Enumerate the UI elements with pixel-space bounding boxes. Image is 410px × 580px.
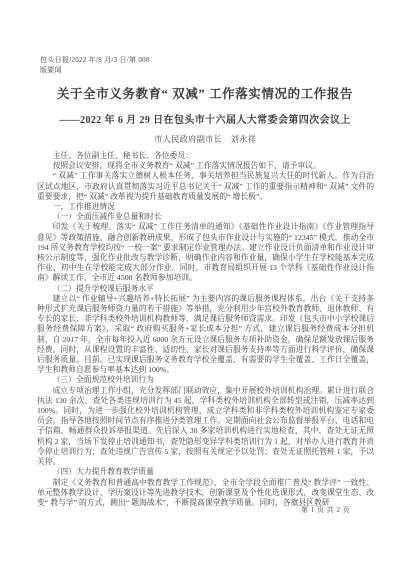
paragraph-heading2: （一）全面压减作业总量和时长 [37,212,374,222]
masthead: 包头日报/2022 年/8 月/3 日/第 008 版要闻 [40,56,150,75]
paragraph-heading1: 一、工作推进情况 [37,202,374,212]
paragraph-salutation: 主任、各位副主任、秘书长、各位委员： [37,151,374,161]
paragraph-heading2: （四）大力提升教育教学质量 [37,467,374,477]
paragraph: 制定《义务教育和普通高中教育教学工作规范》，全市全学段全面推广普及“ 教学评” … [37,478,374,509]
page-number-indicator: 第 1 页 共 2 页 [301,505,350,515]
document-page: 包头日报/2022 年/8 月/3 日/第 008 版要闻 关于全市义务教育“ … [0,0,410,580]
paragraph: 印发《关于梳理、落实“ 双减” 工作任务清单的通知》《基础性作业设计指南》《作业… [37,222,374,283]
document-body: 主任、各位副主任、秘书长、各位委员：按照会议安排，现将全市义务教育“ 双减” 工… [37,151,374,508]
paragraph-heading2: （二）提升学校课后服务水平 [37,284,374,294]
document-subtitle: ——2022 年 6 月 29 日在包头市十六届人大常委会第四次会议上 [0,111,410,126]
masthead-section-line: 版要闻 [40,66,150,76]
paragraph: 成立专项治理工作小组，充分发挥部门联动效应，集中开展校外培训机构治理。累计进行联… [37,386,374,468]
document-title: 关于全市义务教育“ 双减” 工作落实情况的工作报告 [0,84,410,102]
paragraph-heading2: （三）全面规范校外培训行为 [37,375,374,385]
masthead-source-line: 包头日报/2022 年/8 月/3 日/第 008 [40,56,150,66]
paragraph: “ 双减” 工作事关落实立德树人根本任务、事关培养担当民族复兴大任的时代新人。作… [37,171,374,202]
document-author: 市人民政府副市长 刘永祥 [0,133,410,145]
paragraph: 按照会议安排，现将全市义务教育“ 双减” 工作落实情况报告如下，请予审议。 [37,161,374,171]
paragraph: 建立以“ 作业辅导+兴趣培养+特长拓展” 为主要内容的课后服务课程体系。出台《关… [37,294,374,376]
